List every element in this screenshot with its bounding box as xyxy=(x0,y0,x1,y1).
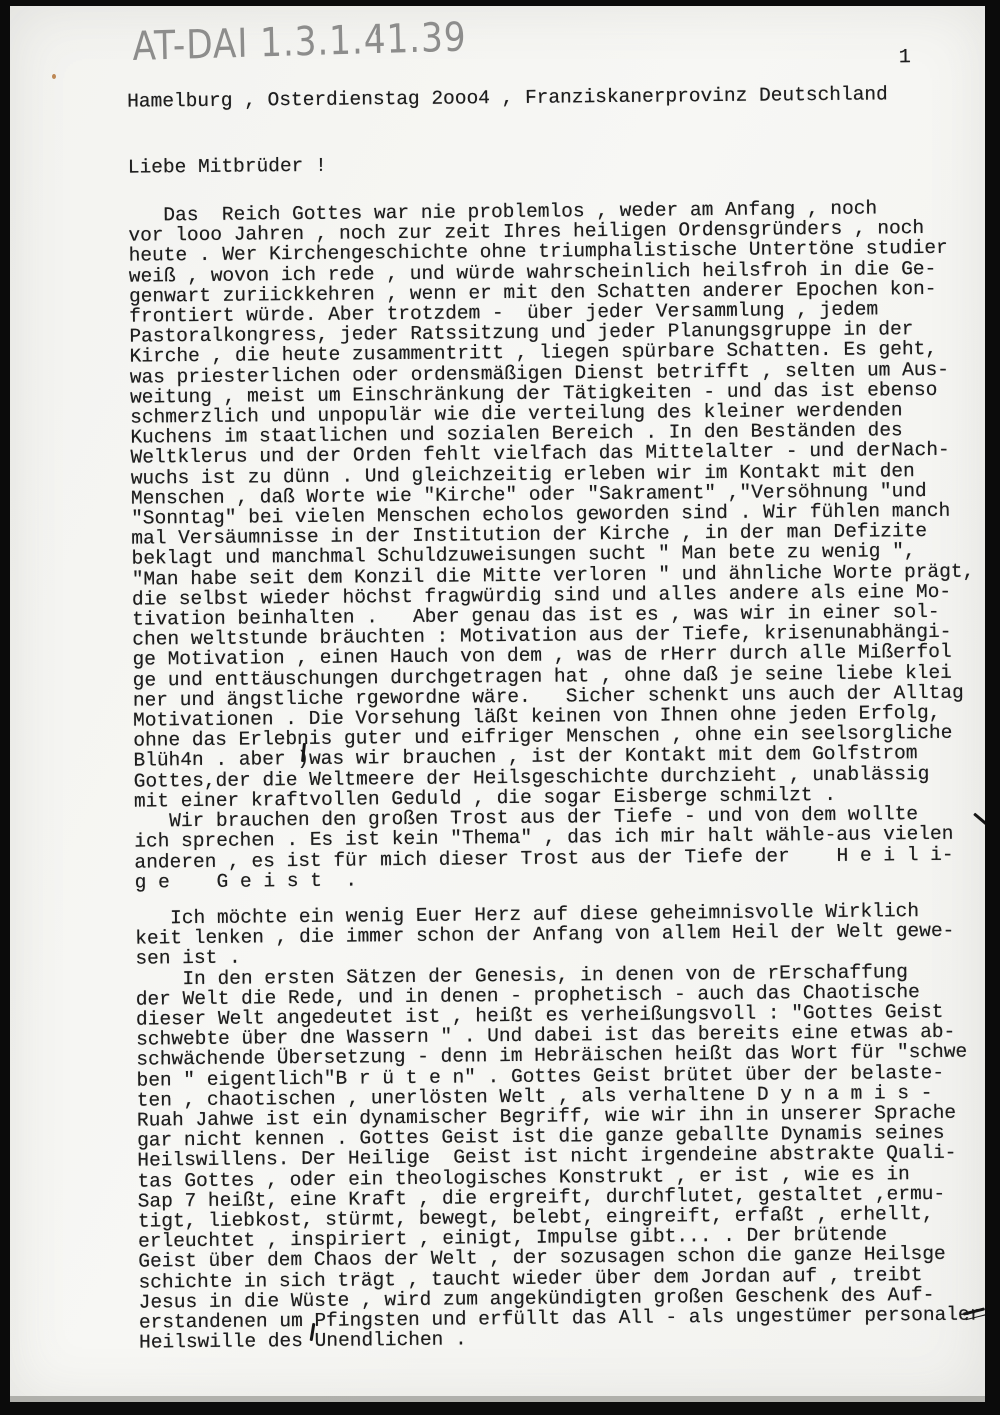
typed-text-layer: 1 Hamelburg , Osterdienstag 2ooo4 , Fran… xyxy=(10,6,985,1402)
paper-speck xyxy=(52,74,56,79)
scanned-letter-page: AT-DAI 1.3.1.41.39 1 Hamelburg , Osterdi… xyxy=(0,0,1000,1415)
salutation: Liebe Mitbrüder ! xyxy=(128,156,327,178)
letter-paragraph: Das Reich Gottes war nie problemlos , we… xyxy=(128,198,977,893)
dateline: Hamelburg , Osterdienstag 2ooo4 , Franzi… xyxy=(127,84,888,112)
paper-bottom-edge xyxy=(10,1396,985,1402)
page-number: 1 xyxy=(899,48,911,68)
letter-paragraph: Ich möchte ein wenig Euer Herz auf diese… xyxy=(135,901,982,1354)
paper-sheet: AT-DAI 1.3.1.41.39 1 Hamelburg , Osterdi… xyxy=(10,6,985,1402)
